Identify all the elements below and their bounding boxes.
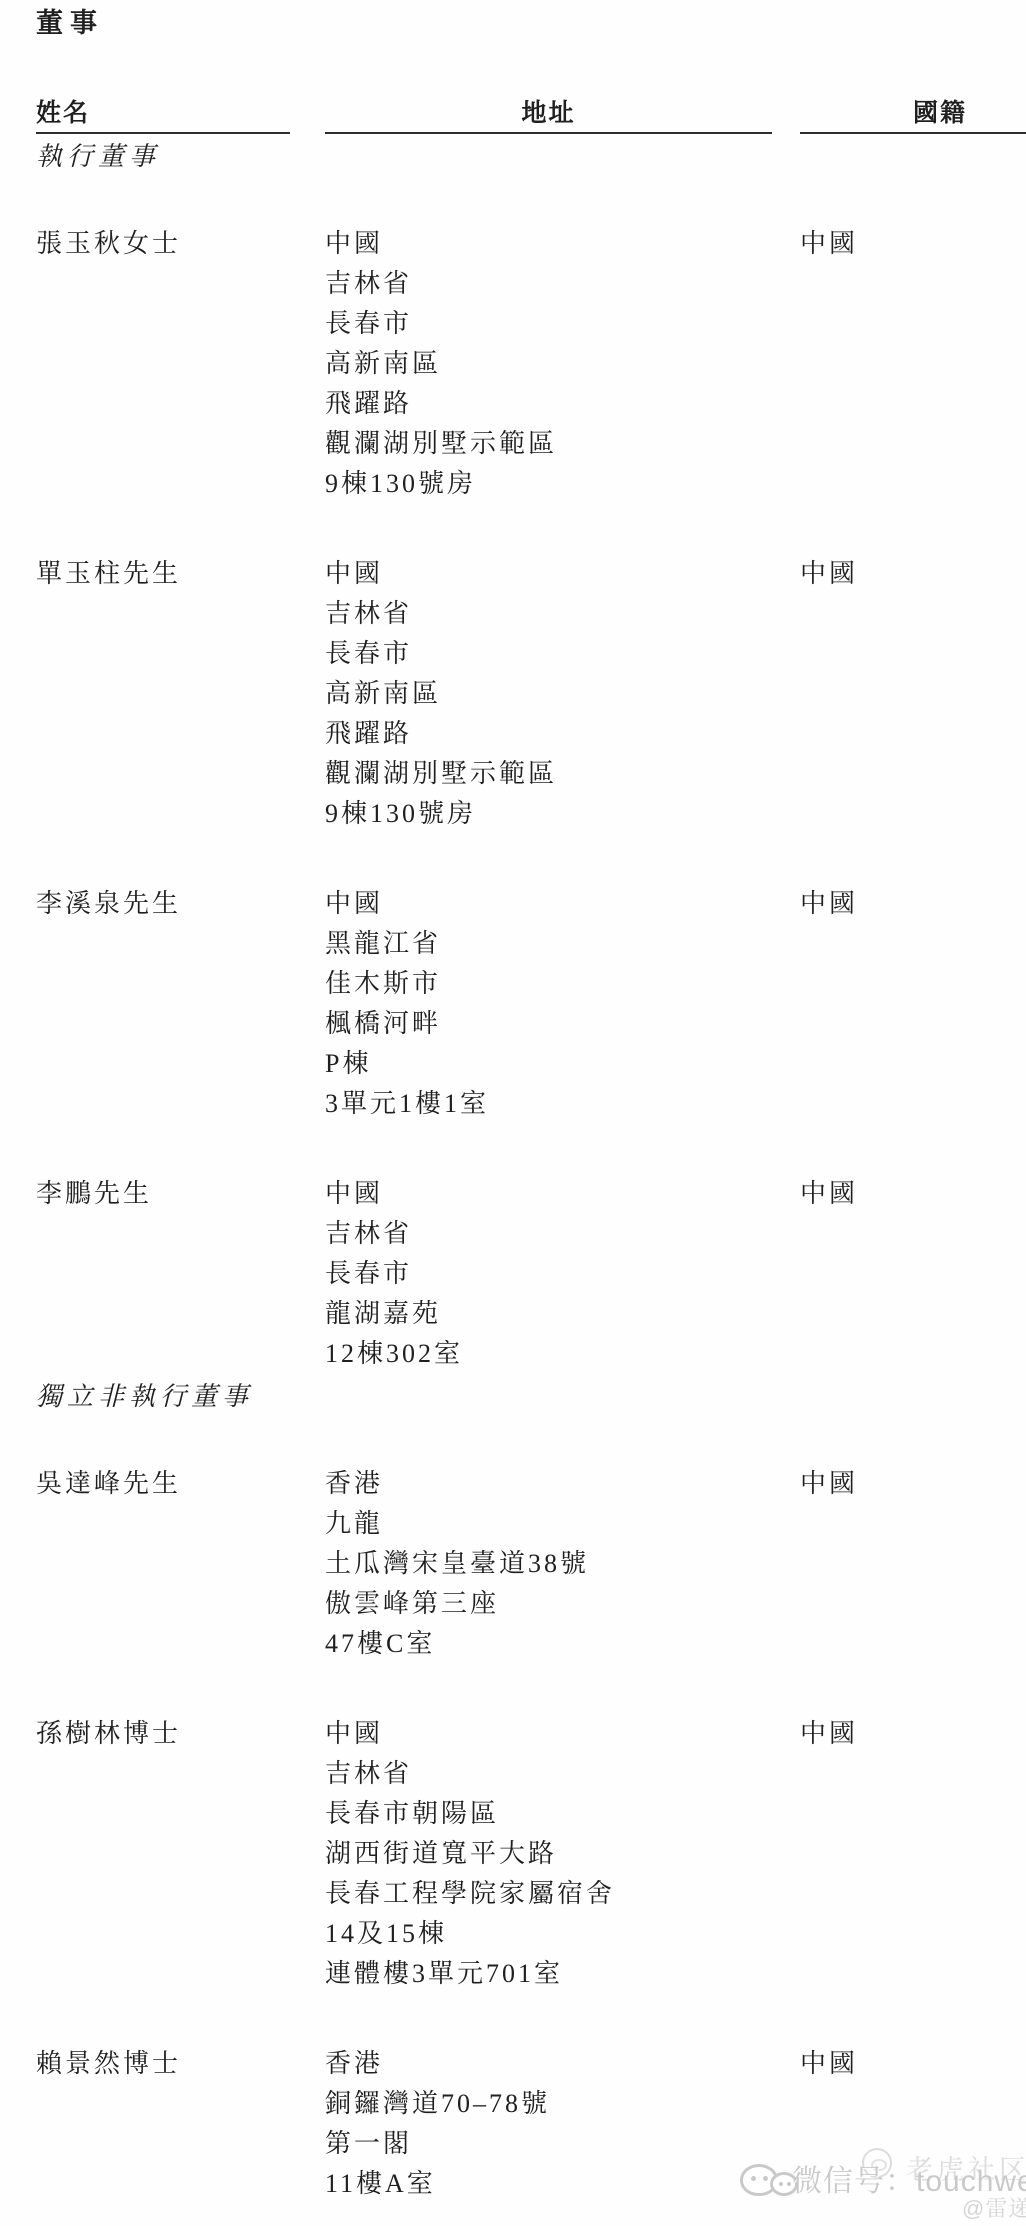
director-name-cell: 單玉柱先生 bbox=[36, 554, 290, 594]
address-line: 吉林省 bbox=[325, 264, 772, 304]
address-line: 銅鑼灣道70–78號 bbox=[325, 2084, 772, 2124]
director-section: 執行董事 張玉秋女士 中國吉林省長春市高新南區飛躍路觀瀾湖別墅示範區9棟130號… bbox=[36, 142, 1026, 1374]
address-line: 土瓜灣宋皇臺道38號 bbox=[325, 1544, 772, 1584]
address-line: 連體樓3單元701室 bbox=[325, 1954, 772, 1994]
nationality-cell: 中國 bbox=[800, 554, 1026, 594]
address-cell: 中國黑龍江省佳木斯市楓橋河畔P棟3單元1樓1室 bbox=[325, 884, 772, 1124]
address-cell: 中國吉林省長春市朝陽區湖西街道寬平大路長春工程學院家屬宿舍14及15棟連體樓3單… bbox=[325, 1714, 772, 1994]
nationality-cell: 中國 bbox=[800, 224, 1026, 264]
director-name-cell: 李鵬先生 bbox=[36, 1174, 290, 1214]
address-line: 長春市 bbox=[325, 304, 772, 344]
address-line: 傲雲峰第三座 bbox=[325, 1584, 772, 1624]
nationality-cell: 中國 bbox=[800, 884, 1026, 924]
address-line: 吉林省 bbox=[325, 594, 772, 634]
address-line: 長春市朝陽區 bbox=[325, 1794, 772, 1834]
address-line: 黑龍江省 bbox=[325, 924, 772, 964]
section-header: 執行董事 bbox=[36, 142, 1026, 172]
table-header-row: 姓名 地址 國籍 bbox=[36, 100, 1026, 134]
table-row: 賴景然博士 香港銅鑼灣道70–78號第一閣11樓A室 中國 bbox=[36, 2044, 1026, 2204]
address-line: 中國 bbox=[325, 884, 772, 924]
address-line: 香港 bbox=[325, 1464, 772, 1504]
address-line: 飛躍路 bbox=[325, 714, 772, 754]
director-name-cell: 李溪泉先生 bbox=[36, 884, 290, 924]
address-line: 飛躍路 bbox=[325, 384, 772, 424]
address-line: 中國 bbox=[325, 554, 772, 594]
address-line: 觀瀾湖別墅示範區 bbox=[325, 424, 772, 464]
address-cell: 香港銅鑼灣道70–78號第一閣11樓A室 bbox=[325, 2044, 772, 2204]
address-line: P棟 bbox=[325, 1044, 772, 1084]
nationality-cell: 中國 bbox=[800, 2044, 1026, 2084]
address-line: 吉林省 bbox=[325, 1754, 772, 1794]
table-row: 吳達峰先生 香港九龍土瓜灣宋皇臺道38號傲雲峰第三座47樓C室 中國 bbox=[36, 1464, 1026, 1664]
address-line: 中國 bbox=[325, 1174, 772, 1214]
address-line: 楓橋河畔 bbox=[325, 1004, 772, 1044]
address-line: 佳木斯市 bbox=[325, 964, 772, 1004]
address-line: 長春工程學院家屬宿舍 bbox=[325, 1874, 772, 1914]
address-line: 高新南區 bbox=[325, 344, 772, 384]
page-title: 董事 bbox=[36, 6, 1026, 40]
table-row: 孫樹林博士 中國吉林省長春市朝陽區湖西街道寬平大路長春工程學院家屬宿舍14及15… bbox=[36, 1714, 1026, 1994]
column-header-name: 姓名 bbox=[36, 100, 290, 134]
director-name-cell: 張玉秋女士 bbox=[36, 224, 290, 264]
address-line: 高新南區 bbox=[325, 674, 772, 714]
address-line: 九龍 bbox=[325, 1504, 772, 1544]
nationality-cell: 中國 bbox=[800, 1464, 1026, 1504]
address-line: 9棟130號房 bbox=[325, 794, 772, 834]
director-name-cell: 賴景然博士 bbox=[36, 2044, 290, 2084]
nationality-cell: 中國 bbox=[800, 1714, 1026, 1754]
column-header-address: 地址 bbox=[325, 100, 772, 134]
director-name-cell: 孫樹林博士 bbox=[36, 1714, 290, 1754]
address-line: 11樓A室 bbox=[325, 2164, 772, 2204]
nationality-cell: 中國 bbox=[800, 1174, 1026, 1214]
address-line: 湖西街道寬平大路 bbox=[325, 1834, 772, 1874]
address-line: 3單元1樓1室 bbox=[325, 1084, 772, 1124]
address-line: 14及15棟 bbox=[325, 1914, 772, 1954]
address-line: 中國 bbox=[325, 224, 772, 264]
address-line: 龍湖嘉苑 bbox=[325, 1294, 772, 1334]
table-row: 張玉秋女士 中國吉林省長春市高新南區飛躍路觀瀾湖別墅示範區9棟130號房 中國 bbox=[36, 224, 1026, 504]
address-cell: 中國吉林省長春市高新南區飛躍路觀瀾湖別墅示範區9棟130號房 bbox=[325, 224, 772, 504]
address-line: 吉林省 bbox=[325, 1214, 772, 1254]
address-line: 9棟130號房 bbox=[325, 464, 772, 504]
address-line: 長春市 bbox=[325, 1254, 772, 1294]
document-page: 董事 姓名 地址 國籍 執行董事 張玉秋女士 中國吉林省長春市高新南區飛躍路觀瀾… bbox=[0, 0, 1026, 2226]
address-cell: 香港九龍土瓜灣宋皇臺道38號傲雲峰第三座47樓C室 bbox=[325, 1464, 772, 1664]
section-rows: 吳達峰先生 香港九龍土瓜灣宋皇臺道38號傲雲峰第三座47樓C室 中國 孫樹林博士… bbox=[36, 1464, 1026, 2204]
address-line: 第一閣 bbox=[325, 2124, 772, 2164]
address-cell: 中國吉林省長春市高新南區飛躍路觀瀾湖別墅示範區9棟130號房 bbox=[325, 554, 772, 834]
address-cell: 中國吉林省長春市龍湖嘉苑12棟302室 bbox=[325, 1174, 772, 1374]
address-line: 香港 bbox=[325, 2044, 772, 2084]
address-line: 長春市 bbox=[325, 634, 772, 674]
address-line: 觀瀾湖別墅示範區 bbox=[325, 754, 772, 794]
directors-table: 執行董事 張玉秋女士 中國吉林省長春市高新南區飛躍路觀瀾湖別墅示範區9棟130號… bbox=[36, 142, 1026, 2204]
address-line: 中國 bbox=[325, 1714, 772, 1754]
address-line: 47樓C室 bbox=[325, 1624, 772, 1664]
director-name-cell: 吳達峰先生 bbox=[36, 1464, 290, 1504]
table-row: 李溪泉先生 中國黑龍江省佳木斯市楓橋河畔P棟3單元1樓1室 中國 bbox=[36, 884, 1026, 1124]
section-rows: 張玉秋女士 中國吉林省長春市高新南區飛躍路觀瀾湖別墅示範區9棟130號房 中國 … bbox=[36, 224, 1026, 1374]
column-header-nationality: 國籍 bbox=[800, 100, 1026, 134]
address-line: 12棟302室 bbox=[325, 1334, 772, 1374]
table-row: 李鵬先生 中國吉林省長春市龍湖嘉苑12棟302室 中國 bbox=[36, 1174, 1026, 1374]
director-section: 獨立非執行董事 吳達峰先生 香港九龍土瓜灣宋皇臺道38號傲雲峰第三座47樓C室 … bbox=[36, 1382, 1026, 2204]
table-row: 單玉柱先生 中國吉林省長春市高新南區飛躍路觀瀾湖別墅示範區9棟130號房 中國 bbox=[36, 554, 1026, 834]
section-header: 獨立非執行董事 bbox=[36, 1382, 1026, 1412]
